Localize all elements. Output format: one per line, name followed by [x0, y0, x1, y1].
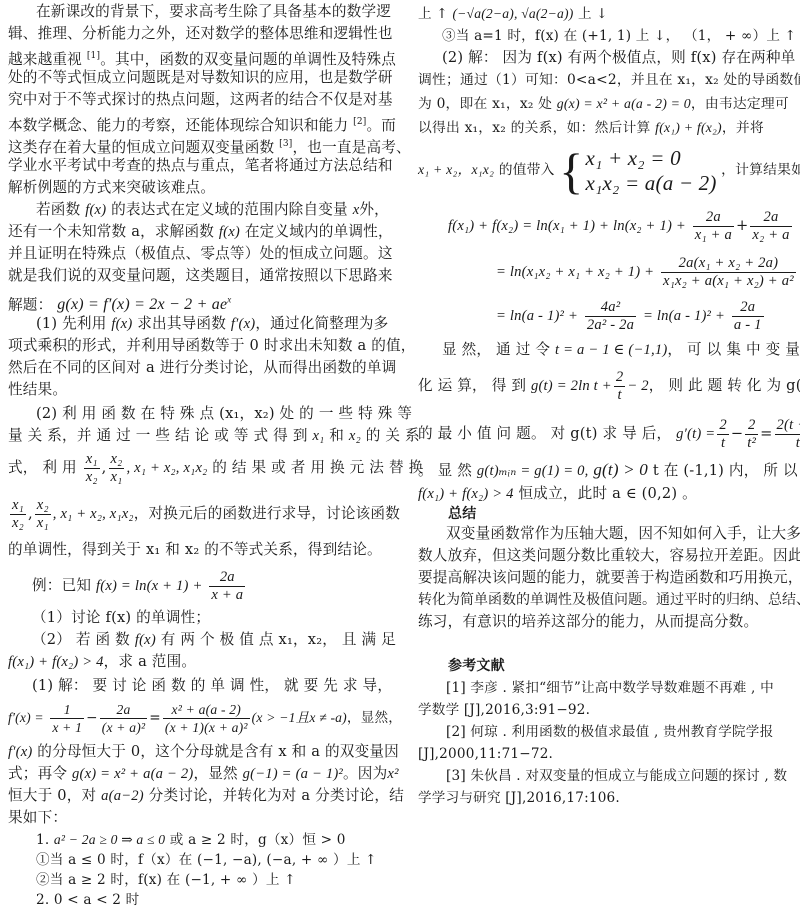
text: 的 结 果 或 者 用 换 元 法 替 换	[212, 459, 423, 476]
solution1-line: 恒大于 0，对 a(a−2) 分类讨论，并转化为对 a 分类讨论，结	[8, 786, 404, 806]
step1-line: 项式乘积的形式，并利用导函数等于 0 时求出未知数 a 的值，	[8, 336, 416, 356]
conclusion-line: 显 然， 通 过 令 t = a − 1 ∈ (−1,1)， 可 以 集 中 变…	[442, 340, 800, 360]
system-eq-2: x₁x₂ = a(a − 2)	[585, 171, 716, 196]
text: （2） 若 函 数	[32, 631, 130, 648]
example-q2: （2） 若 函 数 f(x) 有 两 个 极 值 点 x₁，x₂， 且 满 足	[32, 630, 396, 650]
math-expr: g(t) = 2ln t +	[531, 378, 612, 394]
system-eq-1: x₁ + x₂ = 0	[585, 146, 716, 171]
text: 式；再令	[8, 765, 67, 782]
text: 和	[329, 427, 344, 444]
fraction: 2aa - 1	[732, 299, 764, 334]
math-expr: − 2	[627, 378, 648, 394]
math-fprime: f′(x)	[8, 744, 32, 760]
denominator: x + a	[209, 587, 245, 604]
text: ，显然，	[347, 710, 402, 726]
summary-line: 双变量函数常作为压轴大题，因不知如何入手，让大多	[446, 524, 800, 544]
fraction: 2a(x₁ + x₂ + 2a)x₁x₂ + a(x₁ + x₂) + a²	[661, 255, 796, 290]
text: 式， 利 用	[8, 459, 77, 476]
system-rows: x₁ + x₂ = 0 x₁x₂ = a(a − 2)	[585, 146, 716, 196]
text: ，显然	[193, 765, 237, 782]
operator: +	[736, 217, 748, 234]
numerator: 2	[614, 369, 626, 387]
step2-line: (2) 利 用 函 数 在 特 殊 点 (x₁，x₂) 处 的 一 些 特 殊 …	[36, 404, 412, 424]
math-expr: x²	[387, 766, 398, 782]
numerator: 2a	[732, 299, 764, 317]
math-interval: (−√a(2−a), √a(2−a))	[452, 6, 573, 21]
reference-item-2-cont: [J],2000,11:71−72.	[418, 744, 553, 764]
math-expr: t = a − 1 ∈ (−1,1)	[555, 342, 667, 358]
intro-line: 本数学概念、能力的考察，还能体现综合知识和能力 [2]。而	[8, 112, 396, 136]
fraction: x₁x₂	[10, 497, 26, 532]
math-expr: f(x₁) + f(x₂) > 4	[418, 486, 514, 502]
fraction: 1x + 1	[50, 701, 84, 736]
math-x2: x₂	[349, 428, 361, 444]
denominator: x + 1	[50, 719, 84, 736]
text: 解题：	[8, 296, 52, 313]
text: 的表达式在定义域的范围内除自变量	[111, 201, 348, 218]
text: 以得出 x₁，x₂ 的关系，如：然后计算	[418, 120, 651, 136]
text: 的值带入	[499, 162, 555, 178]
derivation-row-3: = ln(a - 1)² + 4a²2a² - 2a = ln(a - 1)² …	[496, 296, 766, 336]
fraction: 2(t − 1)t²	[775, 417, 800, 452]
solution2-line: 调性；通过（1）可知：0<a<2，并且在 x₁，x₂ 处的导函数值	[418, 70, 800, 90]
formula-gx: g(x) = f′(x) = 2x − 2 + aex	[57, 296, 231, 313]
intro-line: 处的不等式恒成立问题既是对导数知识的应用，也是数学研	[8, 68, 393, 88]
fraction: 2ax₁ + a	[693, 209, 734, 244]
text: ，通过化简整理为多	[255, 315, 388, 332]
summary-line: 要提高解决该问题的能力，就要善于构造函数和巧用换元，	[418, 568, 800, 588]
text: 分类讨论，并转化为对 a 分类讨论，结	[149, 787, 404, 804]
intro-line: 辑、推理、分析能力之外，还对数学的整体思维和逻辑性也	[8, 24, 393, 44]
text: (1) 先利用	[36, 315, 107, 332]
reference-item-3-cont: 学学习与研究 [J],2016,17:106.	[418, 788, 620, 808]
citation-mark: [2]	[353, 117, 366, 127]
denominator: x₁x₂ + a(x₁ + x₂) + a²	[661, 273, 796, 290]
text: ，求 a 范围。	[104, 653, 197, 670]
numerator: x² + a(a - 2)	[163, 701, 250, 719]
formula-text: g(x) = f′(x) = 2x − 2 + ae	[57, 296, 227, 313]
fraction: 2a(x + a)²	[100, 701, 148, 736]
reference-item-1: [1] 李彦 . 紧扣“细节”让高中数学导数难题不再难 , 中	[446, 678, 774, 698]
math-expr: f(x) = ln(x + 1) +	[96, 578, 202, 594]
text: ，由韦达定理可	[691, 96, 789, 112]
citation-mark: [3]	[279, 139, 292, 149]
denominator: t²	[775, 435, 800, 452]
step2-line: 量 关 系，并 通 过 一 些 结 论 或 等 式 得 到 x₁ 和 x₂ 的 …	[8, 426, 420, 446]
step2-line: x₁x₂,x₂x₁, x₁ + x₂, x₁x₂，对换元后的函数进行求导，讨论该…	[8, 494, 400, 534]
operator: =	[760, 425, 772, 442]
intro-line: 越来越重视 [1]。其中，函数的双变量问题的单调性及特殊点	[8, 46, 396, 70]
text: 还有一个未知常数 a，求解函数	[8, 223, 214, 240]
case-2: 2. 0 < a < 2 时	[36, 890, 139, 910]
operator: −	[86, 710, 98, 726]
case-1a: ①当 a ≤ 0 时，f（x）在 (−1, −a), (−a, + ∞ ）上 ↑	[36, 850, 377, 870]
text: 求出其导函数	[137, 315, 226, 332]
math-expr: x₁ + x₂，x₁x₂	[418, 162, 494, 177]
math-expr: f(x₁) + f(x₂)	[655, 120, 722, 135]
numerator: 2a	[209, 569, 245, 587]
summary-line: 数人放弃，但这类问题分数比重较大，容易拉开差距。因此，	[418, 546, 800, 566]
interval-cont: 上 ↑ (−√a(2−a), √a(2−a)) 上 ↓	[418, 4, 608, 24]
example-q2-cond: f(x₁) + f(x₂) > 4，求 a 范围。	[8, 652, 196, 672]
references-heading: 参考文献	[448, 656, 505, 676]
solution1-line: f′(x) 的分母恒大于 0，这个分母就是含有 x 和 a 的双变量因	[8, 742, 399, 762]
numerator: x₁	[84, 451, 100, 469]
numerator: 2	[745, 417, 758, 435]
denominator: x₁ + a	[693, 227, 734, 244]
solution1-line: 式；再令 g(x) = x² + a(a − 2)，显然 g(−1) = (a …	[8, 764, 399, 784]
denominator: t	[717, 435, 729, 452]
math-expr: f(x₁) + f(x₂) = ln(x₁ + 1) + ln(x₂ + 1) …	[448, 218, 686, 234]
math-expr: g(t) > 0	[593, 460, 648, 479]
denominator: x₁	[109, 469, 125, 486]
math-expr: f′(x) =	[8, 710, 44, 725]
intro-line: 这类存在着大量的恒成立问题双变量函数 [3]，也一直是高考、	[8, 134, 411, 158]
intro-text: 越来越重视	[8, 51, 82, 68]
math-fx: f(x)	[111, 316, 132, 332]
math-expr: a(a−2)	[101, 788, 144, 804]
numerator: 1	[50, 701, 84, 719]
math-expr: a² − 2a ≥ 0 ⇒ a ≤ 0	[54, 832, 165, 847]
text: ，并将	[722, 120, 764, 136]
conclusion-line: 的 最 小 值 问 题。 对 g(t) 求 导 后， g′(t) =2t−2t²…	[418, 414, 800, 454]
math-domain: (x > −1且x ≠ -a)	[252, 710, 347, 725]
intro-text: 。而	[366, 117, 396, 134]
text: 例：已知	[32, 577, 91, 594]
numerator: 2a	[750, 209, 791, 227]
fraction: x² + a(a - 2)(x + 1)(x + a)²	[163, 701, 250, 736]
summary-heading: 总结	[448, 504, 476, 524]
text: 。因为	[343, 765, 387, 782]
fraction: x₂x₁	[35, 497, 51, 532]
operator: −	[731, 425, 743, 442]
math-expr: g′(t) =	[676, 426, 715, 442]
text: ， 可 以 集 中 变 量， 简	[667, 341, 800, 358]
fraction: 2t²	[745, 417, 758, 452]
math-expr: g(−1) = (a − 1)²	[243, 766, 343, 782]
fraction: 2ax + a	[209, 569, 245, 604]
denominator: x₁	[35, 515, 51, 532]
case-1: 1. a² − 2a ≥ 0 ⇒ a ≤ 0 或 a ≥ 2 时，g（x）恒 >…	[36, 830, 346, 850]
solution2-line: 为 0，即在 x₁，x₂ 处 g(x) = x² + a(a - 2) = 0，…	[418, 94, 789, 114]
math-expr: = ln(x₁x₂ + x₁ + x₂ + 1) +	[496, 264, 654, 280]
case-1b: ②当 a ≥ 2 时，f(x) 在 (−1, + ∞ ）上 ↑	[36, 870, 296, 890]
formula-sup: x	[227, 295, 231, 305]
denominator: (x + 1)(x + a)²	[163, 719, 250, 736]
step2-line: 的单调性，得到关于 x₁ 和 x₂ 的不等式关系，得到结论。	[8, 540, 382, 560]
text: 上 ↑	[418, 6, 448, 22]
text: 为 0，即在 x₁，x₂ 处	[418, 96, 552, 112]
numerator: x₂	[109, 451, 125, 469]
citation-mark: [1]	[87, 51, 100, 61]
numerator: 2(t − 1)	[775, 417, 800, 435]
step1-line: 性结果。	[8, 380, 67, 400]
fraction: 2t	[717, 417, 729, 452]
intro-line: 解析例题的方式来突破该难点。	[8, 178, 215, 198]
reference-item-3: [3] 朱伙昌 . 对双变量的恒成立与能成立问题的探讨 , 数	[446, 766, 787, 786]
definition-line: 就是我们说的双变量问题，这类题目，通常按照以下思路来	[8, 266, 393, 286]
derivation-row-2: = ln(x₁x₂ + x₁ + x₂ + 1) + 2a(x₁ + x₂ + …	[496, 252, 798, 292]
intro-line: 在新课改的背景下，要求高考生除了具备基本的数学逻	[36, 2, 391, 22]
numerator: x₂	[35, 497, 51, 515]
solution2-line: (2) 解： 因为 f(x) 有两个极值点，则 f(x) 存在两种单	[442, 48, 795, 68]
math-expr: f(x₁) + f(x₂) > 4	[8, 654, 104, 670]
reference-item-1-cont: 学数学 [J],2016,3:91−92.	[418, 700, 590, 720]
brace-icon: {	[559, 146, 583, 196]
math-expr: , x₁ + x₂, x₁x₂	[53, 506, 134, 522]
definition-line: 并且证明在特殊点（极值点、零点等）处的恒成立问题。这	[8, 244, 393, 264]
numerator: 4a²	[585, 299, 636, 317]
text: 1.	[36, 832, 49, 848]
conclusion-line: 化 运 算， 得 到 g(t) = 2ln t +2t− 2， 则 此 题 转 …	[418, 366, 800, 406]
solution2-line: 以得出 x₁，x₂ 的关系，如：然后计算 f(x₁) + f(x₂)，并将	[418, 118, 764, 138]
numerator: 2	[717, 417, 729, 435]
example-q1: （1）讨论 f(x) 的单调性；	[32, 608, 210, 628]
text: ， 则 此 题 转 化 为 g(t)	[649, 377, 800, 394]
conclusion-line: f(x₁) + f(x₂) > 4 恒成立，此时 a ∈ (0,2) 。	[418, 484, 697, 504]
fraction: x₂x₁	[109, 451, 125, 486]
math-expr: = ln(a - 1)² +	[643, 308, 725, 324]
step1-line: (1) 先利用 f(x) 求出其导函数 f′(x)，通过化简整理为多	[36, 314, 388, 334]
fraction: x₁x₂	[84, 451, 100, 486]
text: 恒大于 0，对	[8, 787, 96, 804]
intro-line: 学业水平考试中考查的热点与重点，笔者将通过方法总结和	[8, 156, 393, 176]
solution2-system-line: x₁ + x₂，x₁x₂ 的值带入 { x₁ + x₂ = 0 x₁x₂ = a…	[418, 142, 800, 198]
math-expr: g(x) = x² + a(a − 2)	[72, 766, 193, 782]
text: ，对换元后的函数进行求导，讨论该函数	[134, 505, 400, 522]
intro-text: 这类存在着大量的恒成立问题双变量函数	[8, 139, 274, 156]
intro-line: 究中对于不等式探讨的热点问题，这两者的结合不仅是对基	[8, 90, 393, 110]
denominator: t	[614, 387, 626, 404]
text: 量 关 系，并 通 过 一 些 结 论 或 等 式 得 到	[8, 427, 308, 444]
numerator: x₁	[10, 497, 26, 515]
intro-text: ，也一直是高考、	[293, 139, 411, 156]
fraction: 2ax₂ + a	[750, 209, 791, 244]
reference-item-2: [2] 何琼 . 利用函数的极值求最值 , 贵州教育学院学报	[446, 722, 773, 742]
denominator: t²	[745, 435, 758, 452]
math-expr: , x₁ + x₂, x₁x₂	[126, 460, 207, 476]
denominator: a - 1	[732, 317, 764, 334]
example-line: 例：已知 f(x) = ln(x + 1) + 2ax + a	[32, 566, 247, 606]
solution1-line: 果如下：	[8, 808, 67, 828]
text: 上 ↓	[578, 6, 608, 22]
text: 恒成立，此时 a ∈ (0,2) 。	[518, 485, 696, 502]
text: 若函数	[36, 201, 80, 218]
text: 。 显 然	[418, 462, 472, 479]
denominator: (x + a)²	[100, 719, 148, 736]
text: 或 a ≥ 2 时，g（x）恒 > 0	[170, 832, 346, 848]
text: 化 运 算， 得 到	[418, 377, 526, 394]
text: ，计算结果如下：	[721, 162, 800, 178]
text: 的 关 系	[366, 427, 420, 444]
derivation-row-1: f(x₁) + f(x₂) = ln(x₁ + 1) + ln(x₂ + 1) …	[448, 206, 794, 246]
solution1-derivative: f′(x) = 1x + 1−2a(x + a)²=x² + a(a - 2)(…	[8, 698, 402, 738]
math-fx: f(x)	[85, 202, 106, 218]
text: 显 然， 通 过 令	[442, 341, 550, 358]
text: 有 两 个 极 值 点 x₁，x₂， 且 满 足	[161, 631, 396, 648]
denominator: x₂ + a	[750, 227, 791, 244]
numerator: 2a	[693, 209, 734, 227]
math-fprime: f′(x)	[231, 316, 255, 332]
text: 的分母恒大于 0，这个分母就是含有 x 和 a 的双变量因	[37, 743, 399, 760]
numerator: 2a	[100, 701, 148, 719]
summary-line: 练习，有意识的培养这部分的能力，从而提高分数。	[418, 612, 758, 632]
fraction: 2t	[614, 369, 626, 404]
equation-system: { x₁ + x₂ = 0 x₁x₂ = a(a − 2)	[559, 146, 716, 196]
text: 在定义域内的单调性，	[245, 223, 393, 240]
summary-line: 转化为简单函数的单调性及极值问题。通过平时的归纳、总结、	[418, 590, 800, 610]
text: 外，	[359, 201, 389, 218]
step1-line: 然后在不同的区间对 a 进行分类讨论，从而得出函数的单调	[8, 358, 396, 378]
solution1-intro: (1) 解： 要 讨 论 函 数 的 单 调 性， 就 要 先 求 导，	[32, 676, 392, 696]
intro-text: 本数学概念、能力的考察，还能体现综合知识和能力	[8, 117, 348, 134]
denominator: 2a² - 2a	[585, 317, 636, 334]
definition-line: 若函数 f(x) 的表达式在定义域的范围内除自变量 x外，	[36, 200, 389, 220]
text: t 在 (-1,1) 内， 所 以	[653, 462, 798, 479]
text: 的 最 小 值 问 题。 对 g(t) 求 导 后，	[418, 425, 671, 442]
denominator: x₂	[84, 469, 100, 486]
operator: =	[149, 710, 161, 726]
intro-text: 。其中，函数的双变量问题的单调性及特殊点	[100, 51, 396, 68]
math-fx: f(x)	[219, 224, 240, 240]
numerator: 2a(x₁ + x₂ + 2a)	[661, 255, 796, 273]
case-3: ③当 a=1 时，f(x) 在 (+1, 1) 上 ↓， （1， + ∞）上 ↑	[442, 26, 796, 46]
fraction: 4a²2a² - 2a	[585, 299, 636, 334]
step2-line: 式， 利 用 x₁x₂,x₂x₁, x₁ + x₂, x₁x₂ 的 结 果 或 …	[8, 448, 423, 488]
denominator: x₂	[10, 515, 26, 532]
math-expr: g(t)ₘᵢₙ = g(1) = 0,	[477, 463, 589, 479]
math-expr: = ln(a - 1)² +	[496, 308, 578, 324]
math-fx: f(x)	[135, 632, 156, 648]
math-x1: x₁	[312, 428, 324, 444]
definition-line: 解题： g(x) = f′(x) = 2x − 2 + aex	[8, 290, 232, 315]
math-expr: g(x) = x² + a(a - 2) = 0	[557, 96, 691, 111]
definition-line: 还有一个未知常数 a，求解函数 f(x) 在定义域内的单调性，	[8, 222, 393, 242]
conclusion-line: 。 显 然 g(t)ₘᵢₙ = g(1) = 0, g(t) > 0 t 在 (…	[418, 460, 798, 481]
